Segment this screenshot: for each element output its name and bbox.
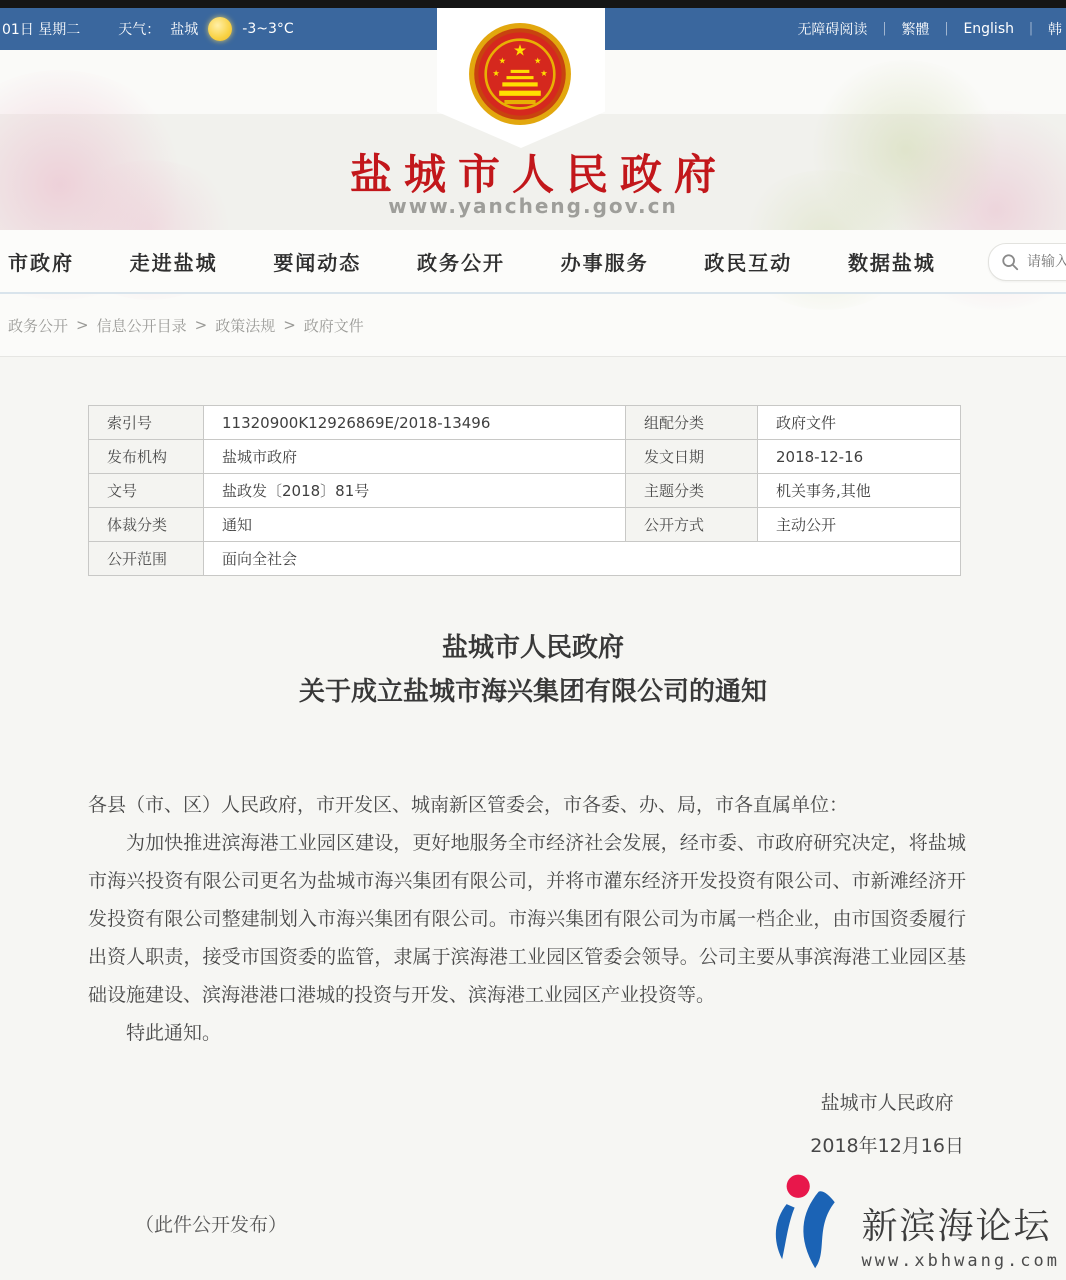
- breadcrumb-item[interactable]: 政府文件: [304, 315, 364, 336]
- document-title-line1: 盐城市人民政府: [0, 626, 1066, 670]
- paragraph-closing: 特此通知。: [88, 1014, 966, 1052]
- meta-value: 主动公开: [758, 508, 961, 542]
- traditional-chinese-link[interactable]: 繁體: [901, 19, 929, 39]
- breadcrumb-item[interactable]: 政策法规: [215, 315, 275, 336]
- sun-icon: [208, 17, 232, 41]
- meta-label: 索引号: [89, 406, 204, 440]
- svg-text:★: ★: [540, 68, 547, 78]
- document-title: 盐城市人民政府 关于成立盐城市海兴集团有限公司的通知: [0, 626, 1066, 714]
- link-separator: ｜: [1024, 19, 1038, 39]
- search-icon: [1001, 253, 1019, 271]
- table-row: 文号 盐政发〔2018〕81号 主题分类 机关事务,其他: [89, 474, 961, 508]
- meta-label: 公开方式: [626, 508, 758, 542]
- table-row: 索引号 11320900K12926869E/2018-13496 组配分类 政…: [89, 406, 961, 440]
- meta-label: 组配分类: [626, 406, 758, 440]
- paragraph-main: 为加快推进滨海港工业园区建设，更好地服务全市经济社会发展，经市委、市政府研究决定…: [88, 824, 966, 1014]
- meta-label: 体裁分类: [89, 508, 204, 542]
- meta-label: 文号: [89, 474, 204, 508]
- date-text: 01日 星期二: [2, 19, 80, 39]
- nav-item-gov-affairs[interactable]: 政务公开: [417, 247, 505, 276]
- meta-label: 发布机构: [89, 440, 204, 474]
- watermark-logo: 新滨海论坛 www.xbhwang.com: [763, 1172, 1060, 1270]
- meta-value: 盐政发〔2018〕81号: [204, 474, 626, 508]
- korean-link[interactable]: 韩: [1048, 19, 1062, 39]
- temperature-text: -3~3°C: [242, 21, 293, 37]
- main-nav: 市政府 走进盐城 要闻动态 政务公开 办事服务 政民互动 数据盐城: [0, 230, 1066, 294]
- link-separator: ｜: [939, 19, 953, 39]
- top-black-strip: [0, 0, 1066, 8]
- meta-value: 2018-12-16: [758, 440, 961, 474]
- meta-label: 发文日期: [626, 440, 758, 474]
- accessibility-link[interactable]: 无障碍阅读: [797, 19, 867, 39]
- meta-value: 政府文件: [758, 406, 961, 440]
- svg-text:★: ★: [492, 68, 499, 78]
- site-title: 盐城市人民政府: [0, 142, 1066, 202]
- signature-block: 盐城市人民政府 2018年12月16日: [0, 1082, 1066, 1168]
- meta-value: 通知: [204, 508, 626, 542]
- site-url: www.yancheng.gov.cn: [0, 194, 1066, 218]
- nav-item-news[interactable]: 要闻动态: [273, 247, 361, 276]
- link-separator: ｜: [877, 19, 891, 39]
- topbar-links: 无障碍阅读 ｜ 繁體 ｜ English ｜ 韩: [797, 19, 1066, 39]
- signature-issuer: 盐城市人民政府: [810, 1082, 964, 1125]
- china-national-emblem-icon: ★ ★ ★ ★ ★: [468, 22, 572, 126]
- meta-label: 公开范围: [89, 542, 204, 576]
- document-meta-table: 索引号 11320900K12926869E/2018-13496 组配分类 政…: [88, 405, 961, 576]
- nav-item-data[interactable]: 数据盐城: [848, 247, 936, 276]
- table-row: 体裁分类 通知 公开方式 主动公开: [89, 508, 961, 542]
- paragraph-salutation: 各县（市、区）人民政府，市开发区、城南新区管委会，市各委、办、局，市各直属单位：: [88, 786, 966, 824]
- document-body: 各县（市、区）人民政府，市开发区、城南新区管委会，市各委、办、局，市各直属单位：…: [88, 786, 966, 1052]
- breadcrumb-separator: >: [76, 316, 89, 334]
- nav-item-about-yancheng[interactable]: 走进盐城: [130, 247, 218, 276]
- breadcrumb-item[interactable]: 信息公开目录: [97, 315, 187, 336]
- meta-value: 面向全社会: [204, 542, 961, 576]
- search-box[interactable]: [988, 243, 1066, 281]
- forum-url: www.xbhwang.com: [861, 1253, 1060, 1270]
- english-link[interactable]: English: [963, 21, 1014, 37]
- document-content: 索引号 11320900K12926869E/2018-13496 组配分类 政…: [0, 357, 1066, 1237]
- weather-city: 盐城: [170, 19, 198, 39]
- meta-value: 机关事务,其他: [758, 474, 961, 508]
- forum-logo-icon: [763, 1172, 853, 1270]
- breadcrumb-separator: >: [283, 316, 296, 334]
- weather-label: 天气：: [118, 19, 160, 39]
- document-title-line2: 关于成立盐城市海兴集团有限公司的通知: [0, 670, 1066, 714]
- signature-date: 2018年12月16日: [810, 1125, 964, 1168]
- meta-value: 盐城市政府: [204, 440, 626, 474]
- nav-item-services[interactable]: 办事服务: [561, 247, 649, 276]
- table-row: 发布机构 盐城市政府 发文日期 2018-12-16: [89, 440, 961, 474]
- breadcrumb-item[interactable]: 政务公开: [8, 315, 68, 336]
- breadcrumb-separator: >: [195, 316, 208, 334]
- meta-label: 主题分类: [626, 474, 758, 508]
- breadcrumb: 政务公开 > 信息公开目录 > 政策法规 > 政府文件: [0, 294, 1066, 357]
- nav-item-interaction[interactable]: 政民互动: [704, 247, 792, 276]
- topbar-left: 01日 星期二 天气： 盐城 -3~3°C: [0, 17, 294, 41]
- meta-value: 11320900K12926869E/2018-13496: [204, 406, 626, 440]
- nav-items: 市政府 走进盐城 要闻动态 政务公开 办事服务 政民互动 数据盐城: [0, 247, 936, 276]
- search-input[interactable]: [1025, 253, 1066, 271]
- table-row: 公开范围 面向全社会: [89, 542, 961, 576]
- svg-text:★: ★: [499, 56, 506, 66]
- page: 01日 星期二 天气： 盐城 -3~3°C 无障碍阅读 ｜ 繁體 ｜ Engli…: [0, 0, 1066, 1280]
- svg-text:★: ★: [534, 56, 541, 66]
- nav-item-city-government[interactable]: 市政府: [8, 247, 74, 276]
- svg-text:★: ★: [513, 41, 527, 59]
- forum-name: 新滨海论坛: [861, 1209, 1051, 1245]
